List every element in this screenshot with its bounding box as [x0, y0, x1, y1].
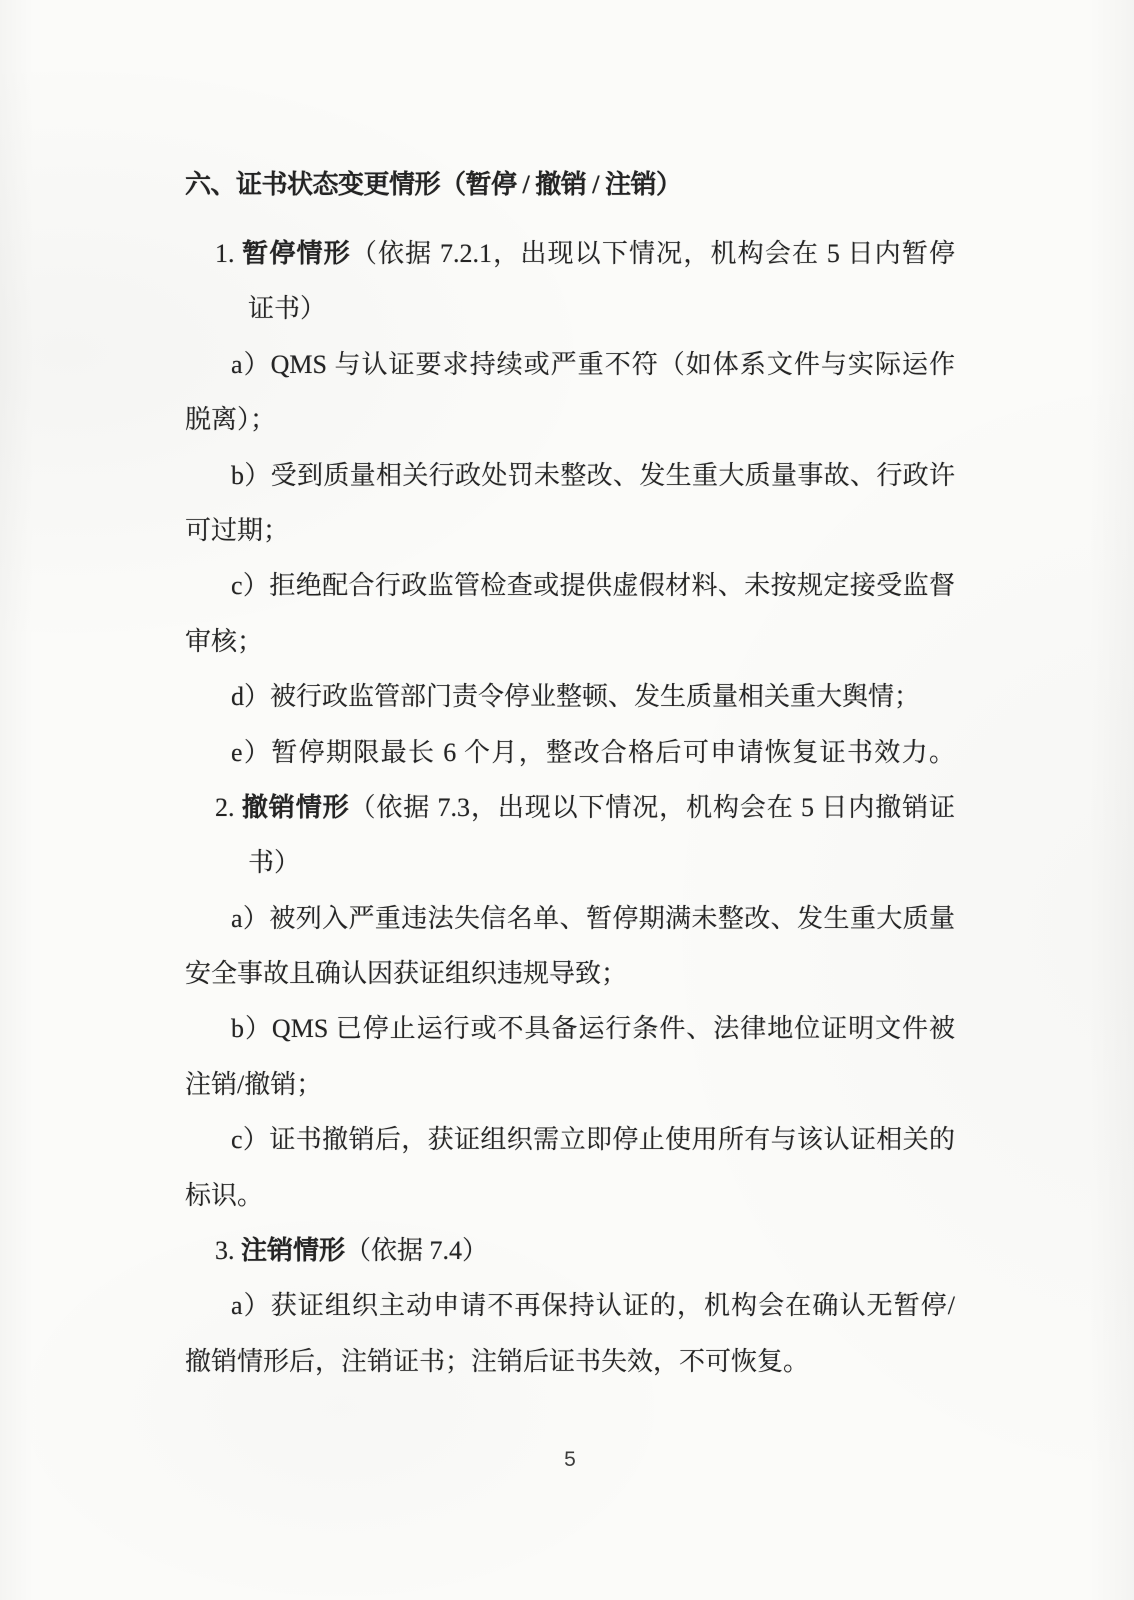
- text-segment: （依据 7.2.1，出现以下情况，机构会在 5 日内暂停: [351, 239, 955, 268]
- text-segment: d）被行政监管部门责令停业整顿、发生质量相关重大舆情；: [231, 682, 920, 711]
- text-line: a）获证组织主动申请不再保持认证的，机构会在确认无暂停/: [185, 1278, 955, 1333]
- text-segment: 审核；: [185, 627, 263, 656]
- text-segment: 安全事故且确认因获证组织违规导致；: [185, 959, 627, 988]
- text-segment: （依据 7.3，出现以下情况，机构会在 5 日内撤销证: [349, 793, 955, 822]
- text-segment: 脱离）；: [185, 405, 276, 434]
- text-line: 1. 暂停情形（依据 7.2.1，出现以下情况，机构会在 5 日内暂停: [185, 226, 955, 281]
- text-segment: a）QMS 与认证要求持续或严重不符（如体系文件与实际运作: [231, 350, 955, 379]
- text-line: b）受到质量相关行政处罚未整改、发生重大质量事故、行政许: [185, 448, 955, 503]
- text-line: a）QMS 与认证要求持续或严重不符（如体系文件与实际运作: [185, 337, 955, 392]
- text-segment: 撤销情形后，注销证书；注销后证书失效，不可恢复。: [185, 1347, 809, 1376]
- bold-text-segment: 撤销情形: [242, 793, 350, 822]
- document-page: 六、证书状态变更情形（暂停 / 撤销 / 注销） 1. 暂停情形（依据 7.2.…: [0, 0, 1134, 1600]
- bold-text-segment: 暂停情形: [242, 239, 351, 268]
- bold-text-segment: 注销情形: [241, 1236, 345, 1265]
- text-segment: b）受到质量相关行政处罚未整改、发生重大质量事故、行政许: [231, 461, 955, 490]
- text-segment: 1.: [215, 239, 242, 268]
- section-heading: 六、证书状态变更情形（暂停 / 撤销 / 注销）: [185, 156, 955, 214]
- text-segment: 注销/撤销；: [185, 1070, 322, 1099]
- text-segment: a）获证组织主动申请不再保持认证的，机构会在确认无暂停/: [231, 1291, 955, 1320]
- text-segment: 可过期；: [185, 516, 289, 545]
- text-line: e）暂停期限最长 6 个月，整改合格后可申请恢复证书效力。: [185, 725, 955, 780]
- text-line: c）拒绝配合行政监管检查或提供虚假材料、未按规定接受监督: [185, 558, 955, 613]
- text-line: 脱离）；: [185, 392, 955, 447]
- text-segment: 2.: [215, 793, 242, 822]
- text-segment: c）拒绝配合行政监管检查或提供虚假材料、未按规定接受监督: [231, 571, 955, 600]
- body-lines: 1. 暂停情形（依据 7.2.1，出现以下情况，机构会在 5 日内暂停证书）a）…: [185, 226, 955, 1389]
- text-segment: a）被列入严重违法失信名单、暂停期满未整改、发生重大质量: [231, 904, 955, 933]
- page-number: 5: [185, 1448, 955, 1472]
- text-segment: b）QMS 已停止运行或不具备运行条件、法律地位证明文件被: [231, 1014, 955, 1043]
- text-segment: 3.: [215, 1236, 241, 1265]
- text-line: 安全事故且确认因获证组织违规导致；: [185, 946, 955, 1001]
- text-segment: 标识。: [185, 1181, 263, 1210]
- text-line: 审核；: [185, 614, 955, 669]
- text-segment: （依据 7.4）: [345, 1236, 488, 1265]
- text-line: 证书）: [185, 281, 955, 336]
- text-line: a）被列入严重违法失信名单、暂停期满未整改、发生重大质量: [185, 891, 955, 946]
- text-segment: 证书）: [248, 294, 326, 323]
- text-line: 可过期；: [185, 503, 955, 558]
- text-line: 注销/撤销；: [185, 1057, 955, 1112]
- document-content: 六、证书状态变更情形（暂停 / 撤销 / 注销） 1. 暂停情形（依据 7.2.…: [185, 156, 955, 1389]
- text-segment: 书）: [248, 848, 300, 877]
- text-line: 书）: [185, 835, 955, 890]
- text-segment: e）暂停期限最长 6 个月，整改合格后可申请恢复证书效力。: [231, 738, 955, 767]
- text-line: 3. 注销情形（依据 7.4）: [185, 1223, 955, 1278]
- text-line: 2. 撤销情形（依据 7.3，出现以下情况，机构会在 5 日内撤销证: [185, 780, 955, 835]
- text-line: c）证书撤销后，获证组织需立即停止使用所有与该认证相关的: [185, 1112, 955, 1167]
- text-line: d）被行政监管部门责令停业整顿、发生质量相关重大舆情；: [185, 669, 955, 724]
- text-line: 标识。: [185, 1168, 955, 1223]
- text-segment: c）证书撤销后，获证组织需立即停止使用所有与该认证相关的: [231, 1125, 955, 1154]
- text-line: b）QMS 已停止运行或不具备运行条件、法律地位证明文件被: [185, 1001, 955, 1056]
- text-line: 撤销情形后，注销证书；注销后证书失效，不可恢复。: [185, 1334, 955, 1389]
